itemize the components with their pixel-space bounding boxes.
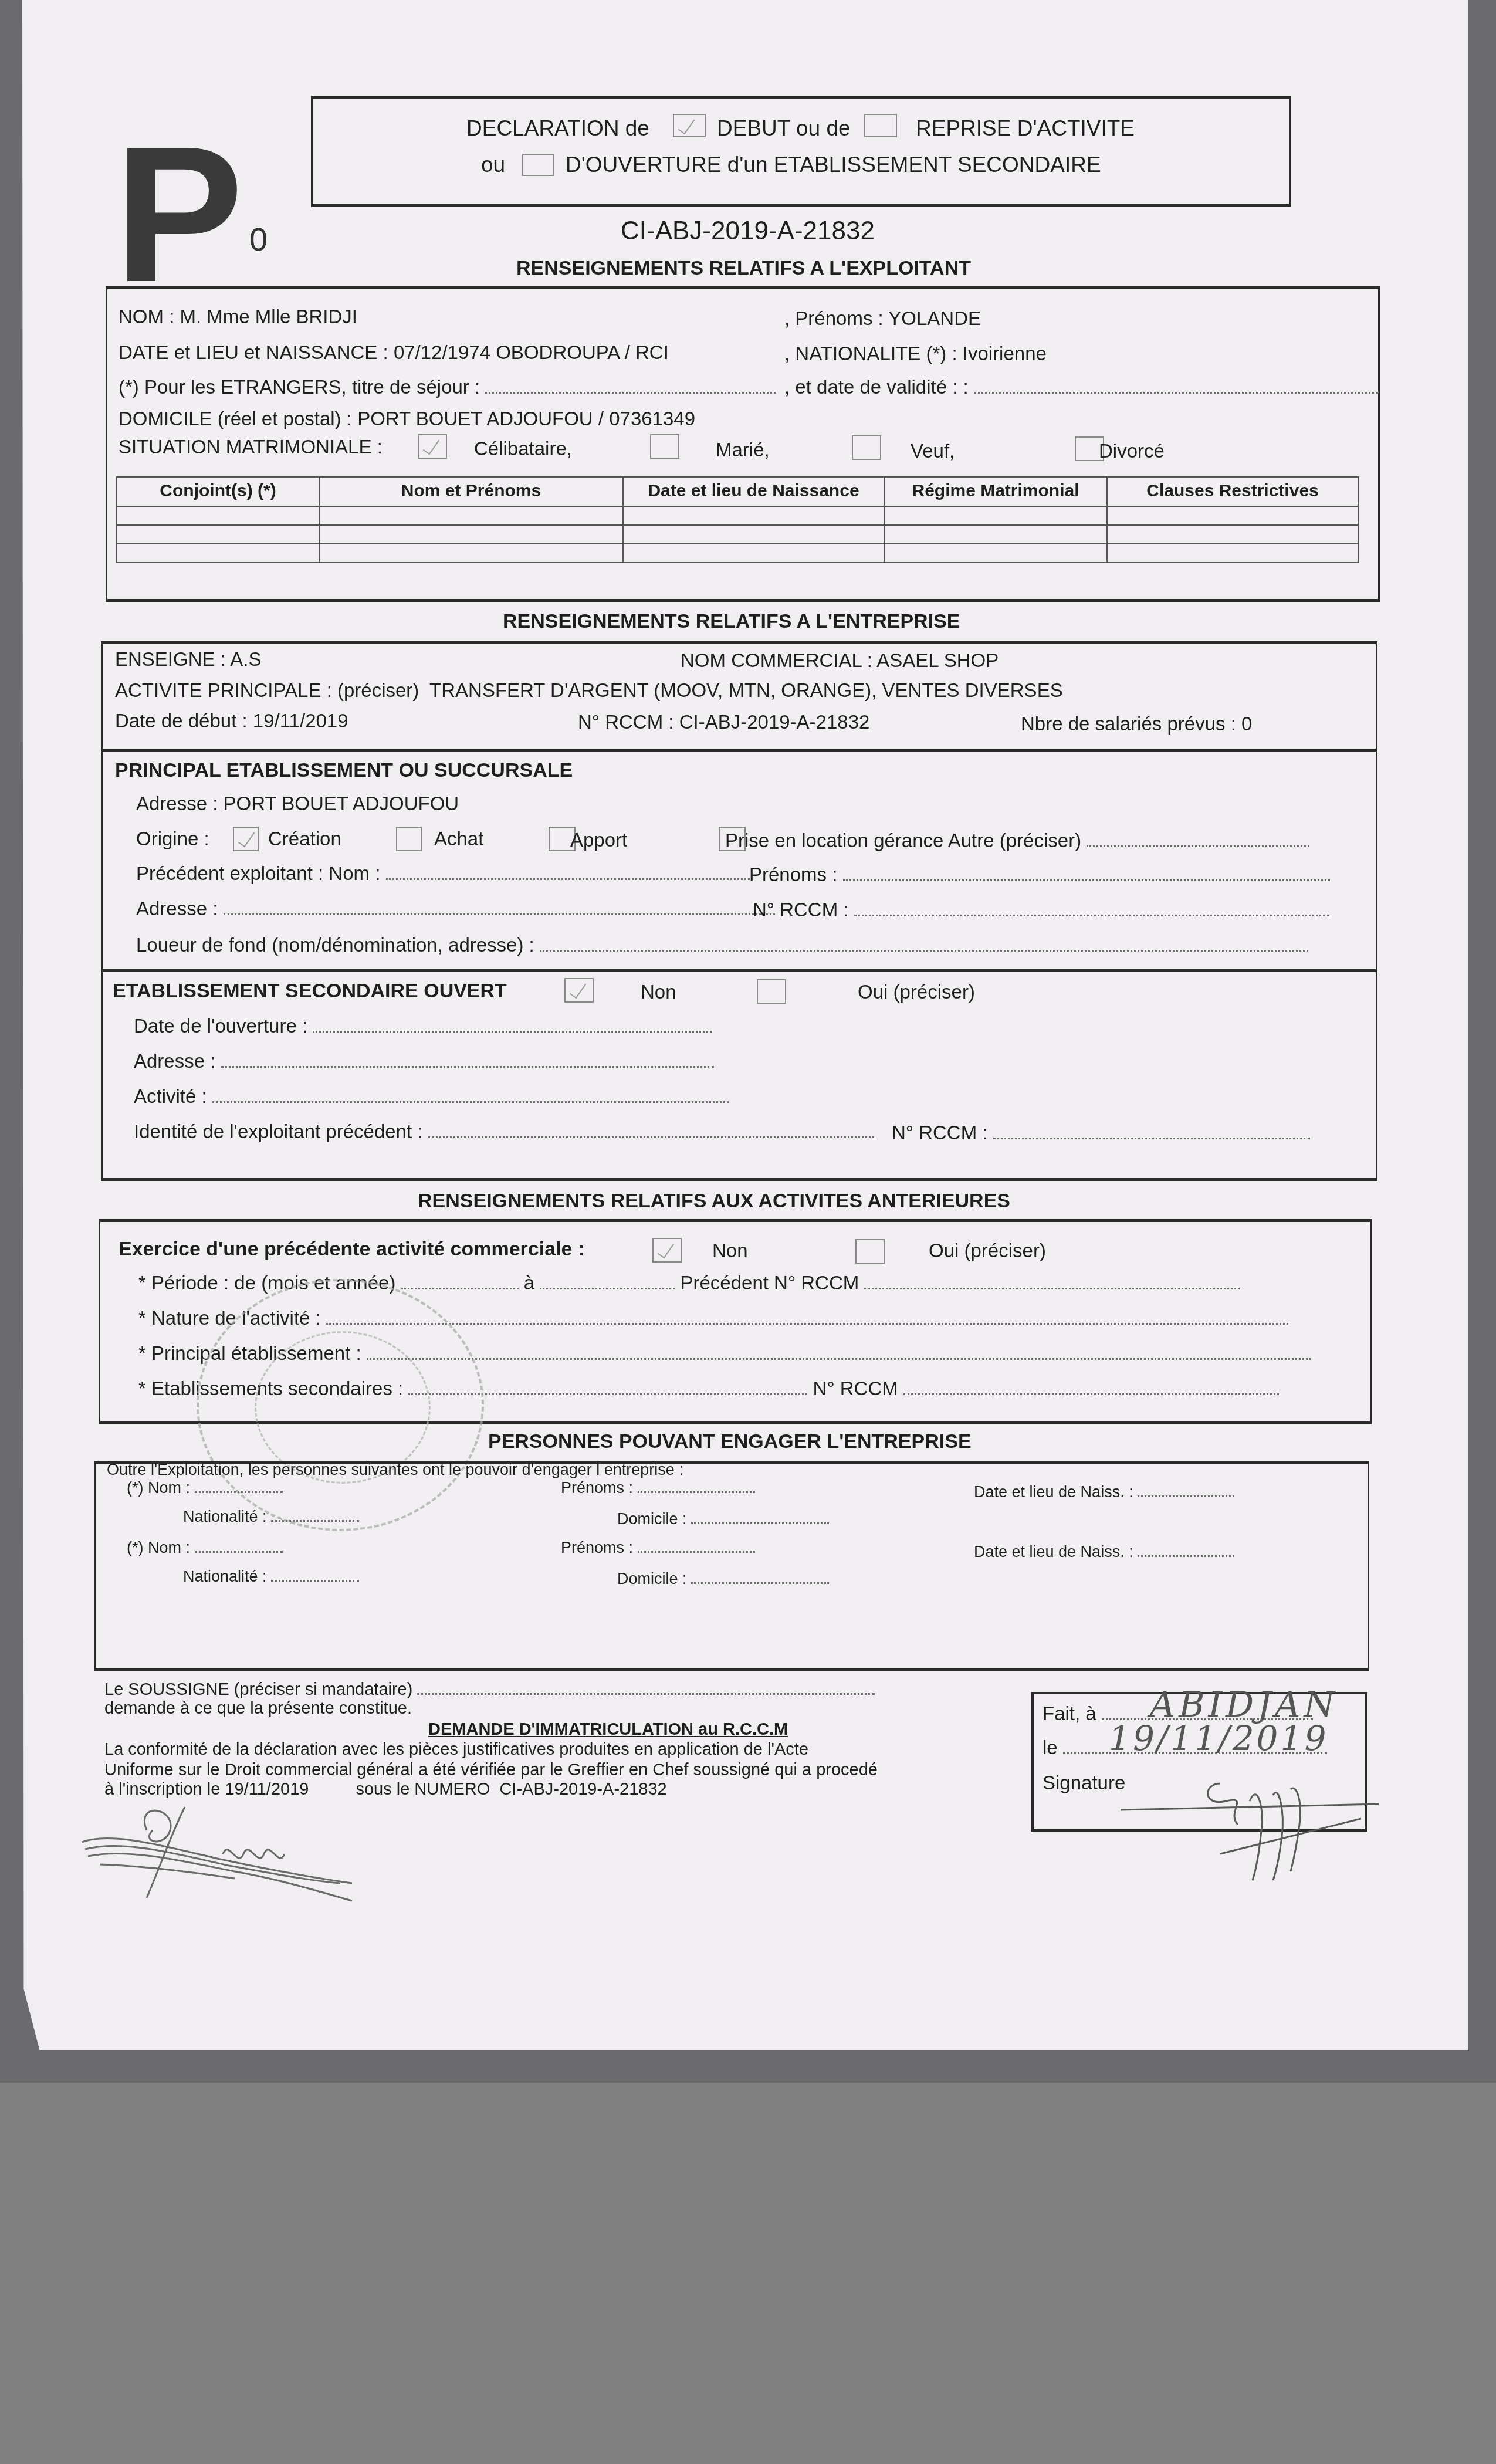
personnes-intro: Outre l'Exploitation, les personnes suiv… xyxy=(107,1462,683,1478)
activite-principale-label: ACTIVITE PRINCIPALE : (préciser) xyxy=(115,679,419,701)
precedent-prenoms-input[interactable] xyxy=(843,879,1330,881)
precedent-prenoms-label: Prénoms : xyxy=(749,864,837,885)
nom-commercial-field: NOM COMMERCIAL : ASAEL SHOP xyxy=(681,651,999,670)
applicant-signature xyxy=(1115,1778,1385,1883)
date-ouverture-field: Date de l'ouverture : xyxy=(134,1016,712,1035)
table-cell[interactable] xyxy=(1107,525,1358,544)
anterieures-oui-label: Oui (préciser) xyxy=(929,1241,1046,1260)
principal-etab-input[interactable] xyxy=(367,1358,1311,1360)
nom-field: NOM : M. Mme Mlle BRIDJI xyxy=(119,307,357,326)
person2-nom-input[interactable] xyxy=(195,1551,283,1553)
rccm-value[interactable]: CI-ABJ-2019-A-21832 xyxy=(679,711,870,733)
date-ouverture-label: Date de l'ouverture : xyxy=(134,1015,307,1037)
enseigne-label: ENSEIGNE : xyxy=(115,648,226,670)
secondaire-rccm-label: N° RCCM : xyxy=(892,1122,988,1143)
checkbox-anterieures-non[interactable] xyxy=(652,1238,682,1263)
table-cell[interactable] xyxy=(117,506,319,525)
section-title-anterieures: RENSEIGNEMENTS RELATIFS AUX ACTIVITES AN… xyxy=(418,1191,1010,1211)
principal-adresse2-input[interactable] xyxy=(224,913,775,915)
secondaire-activite-label: Activité : xyxy=(134,1085,207,1107)
checkbox-anterieures-oui[interactable] xyxy=(855,1239,885,1264)
demande-line: demande à ce que la présente constitue. xyxy=(104,1700,412,1717)
nom-commercial-label: NOM COMMERCIAL : xyxy=(681,649,872,671)
declaration-reprise-label: REPRISE D'ACTIVITE xyxy=(916,117,1135,139)
person2-domicile-label: Domicile : xyxy=(617,1570,687,1588)
signature-label: Signature xyxy=(1043,1773,1125,1792)
person1-nationalite-label: Nationalité : xyxy=(183,1508,267,1525)
etrangers-field: (*) Pour les ETRANGERS, titre de séjour … xyxy=(119,377,776,397)
table-cell[interactable] xyxy=(884,525,1107,544)
secondaire-adresse-label: Adresse : xyxy=(134,1050,215,1072)
table-cell[interactable] xyxy=(117,525,319,544)
nom-value[interactable]: BRIDJI xyxy=(296,306,358,327)
origine-autre-input[interactable] xyxy=(1087,845,1309,847)
enseigne-field: ENSEIGNE : A.S xyxy=(115,649,261,669)
activite-principale-value[interactable]: TRANSFERT D'ARGENT (MOOV, MTN, ORANGE), … xyxy=(429,679,1063,701)
declaration-line1-prefix: DECLARATION de xyxy=(466,117,649,139)
situation-label: SITUATION MATRIMONIALE : xyxy=(119,437,383,456)
salaries-value[interactable]: 0 xyxy=(1241,713,1252,735)
domicile-value[interactable]: PORT BOUET ADJOUFOU / 07361349 xyxy=(357,408,695,429)
date-ouverture-input[interactable] xyxy=(313,1030,712,1033)
prenoms-value[interactable]: YOLANDE xyxy=(888,307,981,329)
checkbox-secondaire-non[interactable] xyxy=(564,978,594,1003)
anterieures-non-label: Non xyxy=(712,1241,748,1260)
anterieures-rccm-label: N° RCCM xyxy=(813,1377,898,1399)
principal-adresse-value[interactable]: PORT BOUET ADJOUFOU xyxy=(224,793,459,814)
col-clauses: Clauses Restrictives xyxy=(1107,477,1358,506)
origine-apport-label: Apport xyxy=(570,830,627,849)
checkbox-marie[interactable] xyxy=(650,434,679,459)
section-title-exploitant: RENSEIGNEMENTS RELATIFS A L'EXPLOITANT xyxy=(516,258,971,278)
secondaire-oui-label: Oui (préciser) xyxy=(858,982,975,1001)
domicile-label: DOMICILE (réel et postal) : xyxy=(119,408,352,429)
prenoms-field: , Prénoms : YOLANDE xyxy=(784,309,981,328)
domicile-field: DOMICILE (réel et postal) : PORT BOUET A… xyxy=(119,409,695,428)
periode-a-label: à xyxy=(524,1272,534,1294)
secondaire-adresse-field: Adresse : xyxy=(134,1051,714,1071)
person1-nom-input[interactable] xyxy=(195,1491,283,1493)
situation-celibataire-label: Célibataire, xyxy=(474,439,572,458)
titre-sejour-input[interactable] xyxy=(485,391,776,394)
secondaire-rccm-field: N° RCCM : xyxy=(892,1123,1310,1142)
periode-de-input[interactable] xyxy=(401,1287,519,1289)
col-regime: Régime Matrimonial xyxy=(884,477,1107,506)
table-row xyxy=(117,506,1358,525)
nationalite-label: , NATIONALITE (*) : xyxy=(784,343,957,364)
section-title-principal: PRINCIPAL ETABLISSEMENT OU SUCCURSALE xyxy=(115,760,573,780)
secondaire-rccm-input[interactable] xyxy=(993,1137,1310,1139)
nationalite-value[interactable]: Ivoirienne xyxy=(963,343,1047,364)
table-cell[interactable] xyxy=(319,525,623,544)
precedent-nom-input[interactable] xyxy=(386,878,750,880)
principal-rccm-input[interactable] xyxy=(854,914,1329,916)
col-conjoint: Conjoint(s) (*) xyxy=(117,477,319,506)
loueur-label: Loueur de fond (nom/dénomination, adress… xyxy=(136,934,534,956)
conjoint-table-header: Conjoint(s) (*) Nom et Prénoms Date et l… xyxy=(117,477,1358,506)
identite-precedent-label: Identité de l'exploitant précédent : xyxy=(134,1121,422,1142)
table-cell[interactable] xyxy=(623,525,884,544)
table-cell[interactable] xyxy=(1107,506,1358,525)
etrangers-label: (*) Pour les ETRANGERS, titre de séjour … xyxy=(119,376,480,398)
origine-prise-location-label: Prise en location gérance Autre (précise… xyxy=(725,831,1309,850)
checkbox-reprise[interactable] xyxy=(864,114,897,137)
section-title-personnes: PERSONNES POUVANT ENGAGER L'ENTREPRISE xyxy=(488,1431,972,1451)
table-cell[interactable] xyxy=(623,506,884,525)
loueur-field: Loueur de fond (nom/dénomination, adress… xyxy=(136,935,1308,955)
person2-naiss-label: Date et lieu de Naiss. : xyxy=(974,1543,1133,1561)
principal-adresse-field: Adresse : PORT BOUET ADJOUFOU xyxy=(136,794,459,813)
periode-a-input[interactable] xyxy=(540,1287,675,1289)
person1-domicile-label: Domicile : xyxy=(617,1510,687,1528)
activite-principale-field: ACTIVITE PRINCIPALE : (préciser) TRANSFE… xyxy=(115,681,1063,700)
precedent-rccm-input[interactable] xyxy=(864,1287,1240,1289)
declaration-debut-label: DEBUT ou de xyxy=(717,117,851,139)
person1-prenoms-field: Prénoms : xyxy=(561,1480,755,1496)
checkbox-veuf[interactable] xyxy=(852,435,881,460)
naissance-field: DATE et LIEU et NAISSANCE : 07/12/1974 O… xyxy=(119,343,669,362)
person1-nom-field: (*) Nom : xyxy=(127,1480,283,1496)
numero-value: CI-ABJ-2019-A-21832 xyxy=(499,1780,666,1799)
soussigne-label: Le SOUSSIGNE (préciser si mandataire) xyxy=(104,1680,412,1699)
table-cell[interactable] xyxy=(884,506,1107,525)
le-label: le xyxy=(1043,1737,1058,1758)
person1-naiss-field: Date et lieu de Naiss. : xyxy=(974,1484,1234,1500)
col-nom-prenoms: Nom et Prénoms xyxy=(319,477,623,506)
soussigne-input[interactable] xyxy=(417,1693,875,1695)
prenoms-label: , Prénoms : xyxy=(784,307,884,329)
checkbox-ouverture[interactable] xyxy=(522,154,554,176)
nature-input[interactable] xyxy=(326,1322,1288,1325)
person1-nom-label: (*) Nom : xyxy=(127,1479,190,1497)
exercice-label: Exercice d'une précédente activité comme… xyxy=(119,1239,584,1259)
checkbox-achat[interactable] xyxy=(396,827,422,851)
rccm-label: N° RCCM : xyxy=(578,711,674,733)
table-cell[interactable] xyxy=(319,506,623,525)
precedent-rccm-label: Précédent N° RCCM xyxy=(680,1272,859,1294)
validite-input[interactable] xyxy=(974,391,1379,394)
salaries-field: Nbre de salariés prévus : 0 xyxy=(1021,714,1252,733)
date-debut-value[interactable]: 19/11/2019 xyxy=(253,710,348,732)
loueur-input[interactable] xyxy=(540,949,1308,952)
secondaire-adresse-input[interactable] xyxy=(221,1065,714,1068)
origine-creation-label: Création xyxy=(268,829,341,848)
person1-prenoms-label: Prénoms : xyxy=(561,1479,633,1497)
form-letter: P xyxy=(114,117,243,311)
principal-rccm-field: N° RCCM : xyxy=(753,900,1329,919)
principal-adresse2-label: Adresse : xyxy=(136,898,218,919)
demande-title: DEMANDE D'IMMATRICULATION au R.C.C.M xyxy=(428,1721,788,1738)
nationalite-field: , NATIONALITE (*) : Ivoirienne xyxy=(784,344,1047,363)
form-letter-sub: 0 xyxy=(249,223,268,256)
person1-domicile-input[interactable] xyxy=(691,1522,829,1524)
section-title-secondaire: ETABLISSEMENT SECONDAIRE OUVERT xyxy=(113,981,507,1001)
person2-nationalite-label: Nationalité : xyxy=(183,1568,267,1585)
precedent-prenoms-field: Prénoms : xyxy=(749,865,1330,884)
person1-naiss-input[interactable] xyxy=(1138,1495,1234,1497)
origine-prise-location-text: Prise en location gérance Autre (précise… xyxy=(725,830,1081,851)
date-debut-label: Date de début : xyxy=(115,710,248,732)
situation-veuf-label: Veuf, xyxy=(911,441,955,461)
declaration-line2-prefix: ou xyxy=(481,154,505,175)
table-cell[interactable] xyxy=(319,544,623,563)
checkbox-celibataire[interactable] xyxy=(418,434,447,459)
section-title-entreprise: RENSEIGNEMENTS RELATIFS A L'ENTREPRISE xyxy=(503,611,960,631)
conformite-line2: Uniforme sur le Droit commercial général… xyxy=(104,1762,878,1779)
table-row xyxy=(117,544,1358,563)
secondaire-activite-input[interactable] xyxy=(212,1101,729,1103)
table-cell[interactable] xyxy=(884,544,1107,563)
conformite-line1: La conformité de la déclaration avec les… xyxy=(104,1741,808,1758)
precedent-nom-label: Précédent exploitant : Nom : xyxy=(136,862,380,884)
declaration-box xyxy=(311,96,1291,207)
validite-label: , et date de validité : : xyxy=(784,376,969,398)
situation-divorce-label: Divorcé xyxy=(1099,441,1165,461)
person2-prenoms-field: Prénoms : xyxy=(561,1540,755,1556)
person2-nationalite-field: Nationalité : xyxy=(183,1569,359,1585)
rccm-number-heading: CI-ABJ-2019-A-21832 xyxy=(621,218,875,244)
person1-prenoms-input[interactable] xyxy=(638,1491,755,1493)
checkbox-debut[interactable] xyxy=(673,114,706,137)
naissance-value[interactable]: 07/12/1974 OBODROUPA / RCI xyxy=(394,341,669,363)
anterieures-rccm-input[interactable] xyxy=(903,1393,1279,1395)
checkbox-creation[interactable] xyxy=(233,827,259,851)
le-value[interactable]: 19/11/2019 xyxy=(1109,1721,1328,1755)
person2-naiss-input[interactable] xyxy=(1138,1555,1234,1557)
declaration-ouverture-label: D'OUVERTURE d'un ETABLISSEMENT SECONDAIR… xyxy=(566,154,1101,175)
person2-prenoms-input[interactable] xyxy=(638,1551,755,1553)
precedent-nom-field: Précédent exploitant : Nom : xyxy=(136,864,750,883)
salaries-label: Nbre de salariés prévus : xyxy=(1021,713,1236,735)
person1-nationalite-field: Nationalité : xyxy=(183,1509,359,1525)
person2-prenoms-label: Prénoms : xyxy=(561,1539,633,1556)
table-cell[interactable] xyxy=(1107,544,1358,563)
person2-nationalite-input[interactable] xyxy=(271,1579,359,1582)
checkbox-secondaire-oui[interactable] xyxy=(757,979,786,1004)
soussigne-field: Le SOUSSIGNE (préciser si mandataire) xyxy=(104,1681,875,1698)
enseigne-value[interactable]: A.S xyxy=(230,648,261,670)
identite-precedent-field: Identité de l'exploitant précédent : xyxy=(134,1122,874,1141)
divider-principal xyxy=(101,749,1377,752)
principal-adresse2-field: Adresse : xyxy=(136,899,775,918)
person2-domicile-field: Domicile : xyxy=(617,1571,829,1587)
person2-domicile-input[interactable] xyxy=(691,1582,829,1584)
table-row xyxy=(117,525,1358,544)
nom-label: NOM : M. Mme Mlle xyxy=(119,306,290,327)
person1-naiss-label: Date et lieu de Naiss. : xyxy=(974,1483,1133,1501)
principal-rccm-label: N° RCCM : xyxy=(753,899,849,920)
conjoint-table: Conjoint(s) (*) Nom et Prénoms Date et l… xyxy=(116,476,1359,563)
person2-nom-field: (*) Nom : xyxy=(127,1540,283,1556)
fait-value[interactable]: ABIDJAN xyxy=(1150,1687,1338,1722)
rccm-field: N° RCCM : CI-ABJ-2019-A-21832 xyxy=(578,712,869,732)
person1-domicile-field: Domicile : xyxy=(617,1511,829,1527)
table-cell[interactable] xyxy=(623,544,884,563)
principal-adresse-label: Adresse : xyxy=(136,793,218,814)
naissance-label: DATE et LIEU et NAISSANCE : xyxy=(119,341,388,363)
greffier-signature xyxy=(76,1795,405,1913)
person2-naiss-field: Date et lieu de Naiss. : xyxy=(974,1544,1234,1560)
col-date-lieu: Date et lieu de Naissance xyxy=(623,477,884,506)
divider-secondaire xyxy=(101,969,1377,972)
validite-field: , et date de validité : : xyxy=(784,377,1379,397)
date-debut-field: Date de début : 19/11/2019 xyxy=(115,711,348,730)
nom-commercial-value[interactable]: ASAEL SHOP xyxy=(876,649,999,671)
origine-label: Origine : xyxy=(136,829,209,848)
table-cell[interactable] xyxy=(117,544,319,563)
origine-achat-label: Achat xyxy=(434,829,483,848)
fait-label: Fait, à xyxy=(1043,1703,1096,1724)
person2-nom-label: (*) Nom : xyxy=(127,1539,190,1556)
person1-nationalite-input[interactable] xyxy=(271,1519,359,1522)
identite-precedent-input[interactable] xyxy=(428,1136,874,1138)
secondaire-activite-field: Activité : xyxy=(134,1087,729,1106)
secondaire-non-label: Non xyxy=(641,982,676,1001)
situation-marie-label: Marié, xyxy=(716,440,770,459)
